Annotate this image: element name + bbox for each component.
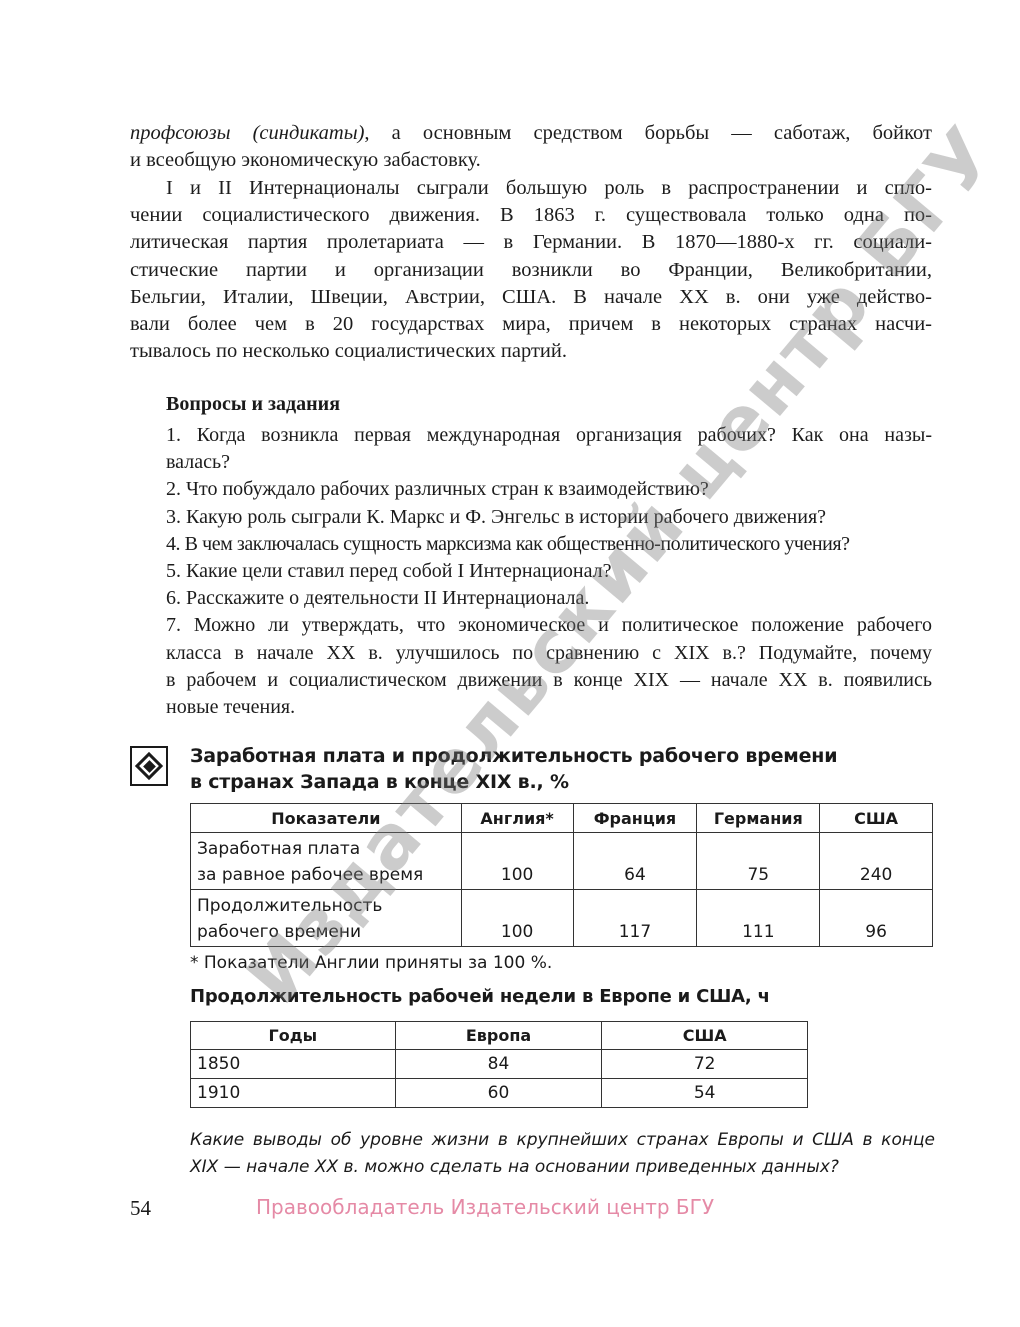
table-row: Продолжительностьрабочего времени 100 11… bbox=[191, 890, 933, 947]
question-line: новые течения. bbox=[166, 694, 932, 721]
table-row: 1850 84 72 bbox=[191, 1050, 808, 1079]
question-line: класса в начале XX в. улучшилось по срав… bbox=[166, 640, 932, 667]
question-line: 6. Расскажите о деятельности II Интернац… bbox=[166, 585, 932, 612]
wages-hours-table: Показатели Англия* Франция Германия США … bbox=[190, 803, 933, 947]
table-cell: 111 bbox=[697, 890, 820, 947]
table-header-row: Показатели Англия* Франция Германия США bbox=[191, 804, 933, 833]
closing-question: Какие выводы об уровне жизни в крупнейши… bbox=[190, 1127, 935, 1181]
table-cell: 1850 bbox=[191, 1050, 396, 1079]
column-header: США bbox=[602, 1022, 808, 1050]
column-header: США bbox=[820, 804, 933, 833]
table-cell: 100 bbox=[461, 833, 573, 890]
table-cell: 117 bbox=[573, 890, 697, 947]
question-line: в рабочем и социалистическом движении в … bbox=[166, 667, 932, 694]
table-cell: 100 bbox=[461, 890, 573, 947]
body-paragraph-1: профсоюзы (синдикаты), а основным средст… bbox=[130, 120, 932, 174]
question-line: 3. Какую роль сыграли К. Маркс и Ф. Энге… bbox=[166, 504, 932, 531]
question-line: 2. Что побуждало рабочих различных стран… bbox=[166, 476, 932, 503]
body-paragraph-2: I и II Интернационалы сыграли большую ро… bbox=[130, 175, 932, 365]
table-cell: 84 bbox=[395, 1050, 602, 1079]
paragraph-line: литическая партия пролетариата — в Герма… bbox=[130, 229, 932, 256]
table-cell: 75 bbox=[697, 833, 820, 890]
table-cell: 72 bbox=[602, 1050, 808, 1079]
paragraph-line: Бельгии, Италии, Швеции, Австрии, США. В… bbox=[130, 284, 932, 311]
row-label: Продолжительностьрабочего времени bbox=[191, 890, 462, 947]
table2-title: Продолжительность рабочей недели в Европ… bbox=[190, 986, 770, 1007]
table1-footnote: * Показатели Англии приняты за 100 %. bbox=[190, 953, 552, 973]
column-header: Годы bbox=[191, 1022, 396, 1050]
paragraph-line: и всеобщую экономическую забастовку. bbox=[130, 147, 932, 174]
question-line: 7. Можно ли утверждать, что экономическо… bbox=[166, 612, 932, 639]
table-cell: 60 bbox=[395, 1079, 602, 1108]
table1-title: Заработная плата и продолжительность раб… bbox=[190, 743, 837, 795]
table-cell: 1910 bbox=[191, 1079, 396, 1108]
paragraph-line: вали более чем в 20 государствах мира, п… bbox=[130, 311, 932, 338]
column-header: Англия* bbox=[461, 804, 573, 833]
paragraph-line: тывалось по несколько социалистических п… bbox=[130, 338, 932, 365]
column-header: Показатели bbox=[191, 804, 462, 833]
rights-holder-notice: Правообладатель Издательский центр БГУ bbox=[256, 1195, 714, 1219]
questions-heading: Вопросы и задания bbox=[166, 393, 340, 416]
table-cell: 96 bbox=[820, 890, 933, 947]
question-line: 4. В чем заключалась сущность марксизма … bbox=[166, 531, 932, 558]
paragraph-line: стические партии и организации возникли … bbox=[130, 257, 932, 284]
table-cell: 240 bbox=[820, 833, 933, 890]
paragraph-line: I и II Интернационалы сыграли большую ро… bbox=[130, 175, 932, 202]
table-cell: 64 bbox=[573, 833, 697, 890]
page-number: 54 bbox=[130, 1196, 151, 1221]
textbook-page: профсоюзы (синдикаты), а основным средст… bbox=[0, 0, 1020, 1327]
row-label: Заработная платаза равное рабочее время bbox=[191, 833, 462, 890]
question-line: 1. Когда возникла первая международная о… bbox=[166, 422, 932, 449]
table-header-row: Годы Европа США bbox=[191, 1022, 808, 1050]
work-week-table: Годы Европа США 1850 84 72 1910 60 54 bbox=[190, 1021, 808, 1108]
column-header: Германия bbox=[697, 804, 820, 833]
table-row: 1910 60 54 bbox=[191, 1079, 808, 1108]
table-cell: 54 bbox=[602, 1079, 808, 1108]
question-line: валась? bbox=[166, 449, 932, 476]
question-line: 5. Какие цели ставил перед собой I Интер… bbox=[166, 558, 932, 585]
diamond-in-square-icon bbox=[130, 746, 168, 786]
paragraph-line: чении социалистического движения. В 1863… bbox=[130, 202, 932, 229]
column-header: Европа bbox=[395, 1022, 602, 1050]
italic-term: профсоюзы (синдикаты) bbox=[130, 122, 364, 144]
questions-list: 1. Когда возникла первая международная о… bbox=[166, 422, 932, 721]
paragraph-line: профсоюзы (синдикаты), а основным средст… bbox=[130, 120, 932, 147]
table-row: Заработная платаза равное рабочее время … bbox=[191, 833, 933, 890]
column-header: Франция bbox=[573, 804, 697, 833]
